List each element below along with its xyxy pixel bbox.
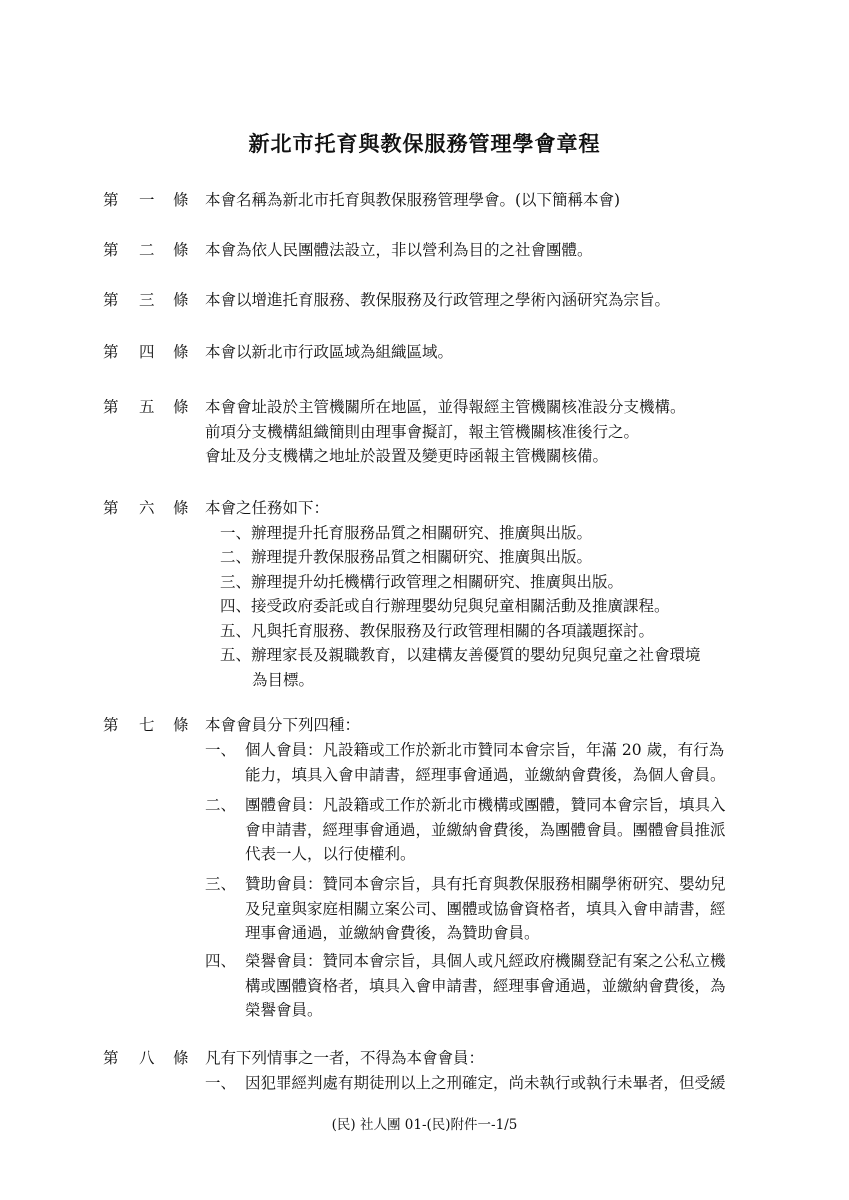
member-text: 會申請書，經理事會通過，並繳納會費後，為團體會員。團體會員推派 (245, 818, 726, 843)
article-text: 本會之任務如下： (205, 496, 805, 521)
article-text: 本會以新北市行政區域為組織區域。 (205, 340, 805, 365)
article-suffix: 條 (173, 1046, 189, 1071)
member-text: 團體會員：凡設籍或工作於新北市機構或團體，贊同本會宗旨，填具入 (245, 793, 726, 818)
article-suffix: 條 (173, 340, 189, 365)
page-footer: (民) 社人團 01-(民)附件一-1/5 (0, 1113, 849, 1133)
article-prefix: 第 (103, 395, 119, 420)
document-title: 新北市托育與教保服務管理學會章程 (0, 128, 849, 158)
article-number: 八 (139, 1046, 155, 1071)
member-text: 構或團體資格者，填具入會申請書，經理事會通過，並繳納會費後，為 (245, 974, 726, 999)
article-suffix: 條 (173, 395, 189, 420)
item-number: 一、 (205, 1071, 236, 1096)
article-number: 五 (139, 395, 155, 420)
member-text: 理事會通過，並繳納會費後，為贊助會員。 (245, 921, 726, 946)
article-number: 七 (139, 713, 155, 738)
task-item: 五、辦理家長及親職教育，以建構友善優質的嬰幼兒與兒童之社會環境 (220, 643, 701, 668)
task-item-continuation: 為目標。 (220, 668, 701, 693)
member-number: 三、 (205, 872, 236, 897)
article-suffix: 條 (173, 496, 189, 521)
task-item: 四、接受政府委託或自行辦理嬰幼兒與兒童相關活動及推廣課程。 (220, 594, 701, 619)
member-number: 二、 (205, 793, 236, 818)
article-prefix: 第 (103, 238, 119, 263)
article-prefix: 第 (103, 188, 119, 213)
article-suffix: 條 (173, 713, 189, 738)
article-suffix: 條 (173, 288, 189, 313)
task-item: 一、辦理提升托育服務品質之相關研究、推廣與出版。 (220, 521, 701, 546)
task-list: 一、辦理提升托育服務品質之相關研究、推廣與出版。 二、辦理提升教保服務品質之相關… (220, 521, 701, 693)
member-text: 榮譽會員。 (245, 998, 726, 1023)
article-text: 本會會址設於主管機關所在地區，並得報經主管機關核准設分支機構。 (205, 395, 805, 420)
member-text: 及兒童與家庭相關立案公司、團體或協會資格者，填具入會申請書，經 (245, 897, 726, 922)
member-number: 一、 (205, 738, 236, 763)
task-item: 三、辦理提升幼托機構行政管理之相關研究、推廣與出版。 (220, 570, 701, 595)
member-text: 能力，填具入會申請書，經理事會通過，並繳納會費後，為個人會員。 (245, 763, 726, 788)
article-text: 本會為依人民團體法設立，非以營利為目的之社會團體。 (205, 238, 805, 263)
article-number: 三 (139, 288, 155, 313)
article-prefix: 第 (103, 496, 119, 521)
member-text: 榮譽會員：贊同本會宗旨，具個人或凡經政府機關登記有案之公私立機 (245, 949, 726, 974)
member-text: 贊助會員：贊同本會宗旨，具有托育與教保服務相關學術研究、嬰幼兒 (245, 872, 726, 897)
member-text: 個人會員：凡設籍或工作於新北市贊同本會宗旨，年滿 20 歲，有行為 (245, 738, 726, 763)
item-text: 因犯罪經判處有期徒刑以上之刑確定，尚未執行或執行未畢者，但受緩 (245, 1071, 726, 1096)
article-prefix: 第 (103, 1046, 119, 1071)
article-text: 前項分支機構組織簡則由理事會擬訂，報主管機關核准後行之。 (205, 420, 805, 445)
article-prefix: 第 (103, 340, 119, 365)
article-number: 一 (139, 188, 155, 213)
document-page: 新北市托育與教保服務管理學會章程 第 一 條 本會名稱為新北市托育與教保服務管理… (0, 0, 849, 1200)
task-item: 二、辦理提升教保服務品質之相關研究、推廣與出版。 (220, 545, 701, 570)
member-text: 代表一人，以行使權利。 (245, 842, 726, 867)
article-prefix: 第 (103, 288, 119, 313)
task-item: 五、凡與托育服務、教保服務及行政管理相關的各項議題探討。 (220, 619, 701, 644)
article-text: 會址及分支機構之地址於設置及變更時函報主管機關核備。 (205, 444, 805, 469)
article-number: 四 (139, 340, 155, 365)
article-prefix: 第 (103, 713, 119, 738)
article-number: 六 (139, 496, 155, 521)
article-text: 本會以增進托育服務、教保服務及行政管理之學術內涵研究為宗旨。 (205, 288, 805, 313)
article-number: 二 (139, 238, 155, 263)
article-text: 凡有下列情事之一者，不得為本會會員： (205, 1046, 805, 1071)
member-number: 四、 (205, 949, 236, 974)
article-text: 本會會員分下列四種： (205, 713, 805, 738)
article-suffix: 條 (173, 238, 189, 263)
article-suffix: 條 (173, 188, 189, 213)
article-text: 本會名稱為新北市托育與教保服務管理學會。(以下簡稱本會) (205, 188, 805, 213)
